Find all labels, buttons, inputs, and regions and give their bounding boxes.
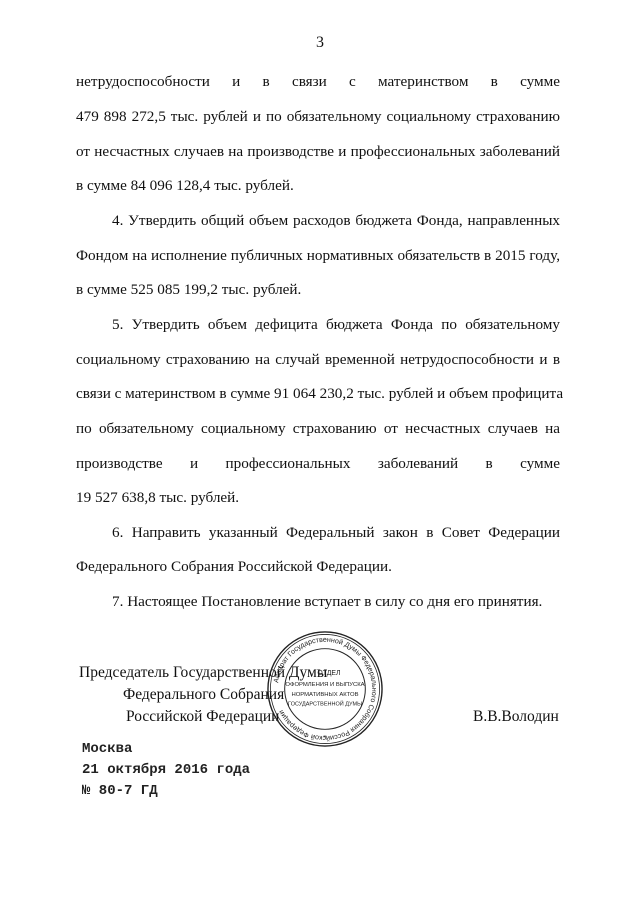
footer-city: Москва — [82, 740, 132, 758]
footer-date: 21 октября 2016 года — [82, 761, 250, 779]
paragraph-line: 479 898 272,5 тыс. рублей и по обязатель… — [76, 108, 560, 126]
svg-text:НОРМАТИВНЫХ АКТОВ: НОРМАТИВНЫХ АКТОВ — [291, 692, 358, 698]
paragraph-line: 19 527 638,8 тыс. рублей. — [76, 489, 560, 507]
footer-document-number: № 80-7 ГД — [82, 782, 158, 800]
paragraph-line: 6. Направить указанный Федеральный закон… — [76, 524, 560, 542]
svg-text:ОТДЕЛ: ОТДЕЛ — [317, 670, 340, 677]
paragraph-line: в сумме 84 096 128,4 тыс. рублей. — [76, 177, 560, 195]
official-stamp-icon: Аппарат Государственной Думы Федеральног… — [266, 630, 384, 748]
svg-text:Аппарат Государственной Думы Ф: Аппарат Государственной Думы Федеральног… — [272, 636, 378, 742]
svg-text:ОФОРМЛЕНИЯ И ВЫПУСКА: ОФОРМЛЕНИЯ И ВЫПУСКА — [285, 682, 364, 688]
svg-text:*: * — [323, 735, 327, 742]
paragraph-line: 5. Утвердить объем дефицита бюджета Фонд… — [76, 316, 560, 334]
paragraph-line: связи с материнством в сумме 91 064 230,… — [76, 385, 560, 403]
paragraph-line: социальному страхованию на случай времен… — [76, 351, 560, 369]
paragraph-line: в сумме 525 085 199,2 тыс. рублей. — [76, 281, 560, 299]
paragraph-line: Фондом на исполнение публичных нормативн… — [76, 247, 560, 265]
page-number: 3 — [0, 34, 640, 52]
paragraph-line: Федерального Собрания Российской Федерац… — [76, 558, 560, 576]
paragraph-line: нетрудоспособности и в связи с материнст… — [76, 73, 560, 91]
paragraph-line: производстве и профессиональных заболева… — [76, 455, 560, 473]
signatory-title-line: Федерального Собрания — [123, 686, 284, 704]
svg-text:ГОСУДАРСТВЕННОЙ ДУМЫ: ГОСУДАРСТВЕННОЙ ДУМЫ — [288, 700, 362, 708]
paragraph-line: 7. Настоящее Постановление вступает в си… — [76, 593, 560, 611]
paragraph-line: по обязательному социальному страхованию… — [76, 420, 560, 438]
paragraph-line: 4. Утвердить общий объем расходов бюджет… — [76, 212, 560, 230]
paragraph-line: от несчастных случаев на производстве и … — [76, 143, 560, 161]
signatory-name: В.В.Володин — [473, 708, 559, 726]
signatory-title-line: Российской Федерации — [126, 708, 279, 726]
